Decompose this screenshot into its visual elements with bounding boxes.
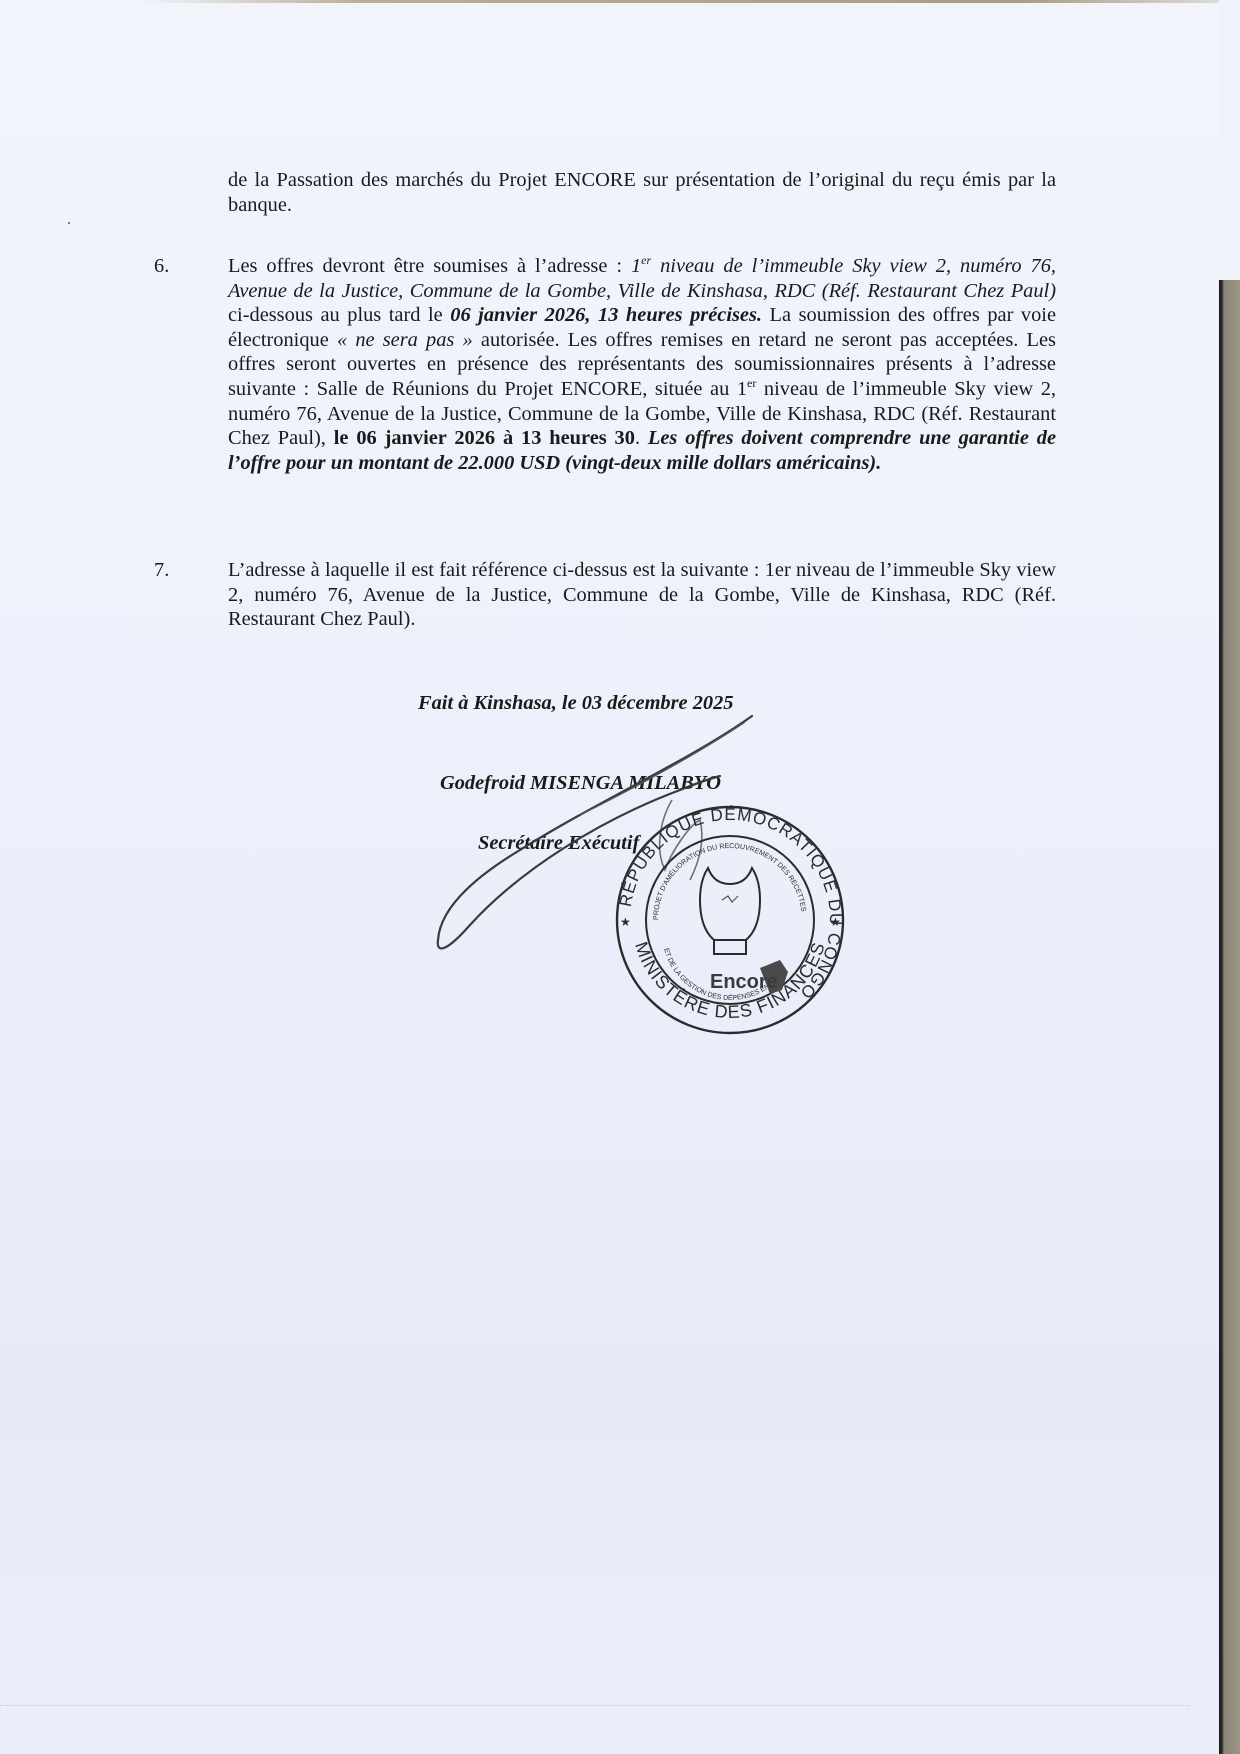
item6-period: .: [635, 427, 648, 449]
scan-right-edge-light: [1219, 0, 1240, 280]
scan-top-edge: [140, 0, 1240, 3]
item-7-paragraph: L’adresse à laquelle il est fait référen…: [228, 558, 1056, 632]
stamp-seal-icon: RÉPUBLIQUE DÉMOCRATIQUE DU CONGO MINISTÈ…: [610, 800, 850, 1040]
stamp-logo-text: Encore: [710, 971, 778, 993]
item6-opening-datetime: le 06 janvier 2026 à 13 heures 30: [334, 427, 635, 449]
place-and-date: Fait à Kinshasa, le 03 décembre 2025: [418, 692, 734, 715]
paragraph-continuation-text: de la Passation des marchés du Projet EN…: [228, 168, 1056, 217]
official-stamp: RÉPUBLIQUE DÉMOCRATIQUE DU CONGO MINISTÈ…: [610, 800, 850, 1040]
item-number-7: 7.: [154, 558, 169, 583]
item-number-6: 6.: [154, 254, 169, 279]
item6-address-sup: er: [641, 253, 651, 267]
item7-text: L’adresse à laquelle il est fait référen…: [228, 558, 1056, 632]
item6-electronic-quote: « ne sera pas »: [337, 329, 473, 351]
scan-artifact-line: [0, 1705, 1190, 1707]
paragraph-continuation: de la Passation des marchés du Projet EN…: [228, 168, 1056, 217]
scan-speck: [68, 222, 70, 224]
item6-address-1: 1: [631, 255, 641, 277]
item6-intro: Les offres devront être soumises à l’adr…: [228, 255, 631, 277]
item-6-paragraph: Les offres devront être soumises à l’adr…: [228, 254, 1056, 475]
signer-name: Godefroid MISENGA MILABYO: [440, 772, 721, 795]
item6-opening-sup: er: [747, 376, 756, 390]
svg-text:★: ★: [620, 915, 631, 929]
item6-deadline-prefix: ci-dessous au plus tard le: [228, 304, 450, 326]
item6-deadline: 06 janvier 2026, 13 heures précises.: [450, 304, 762, 326]
svg-text:★: ★: [830, 915, 841, 929]
